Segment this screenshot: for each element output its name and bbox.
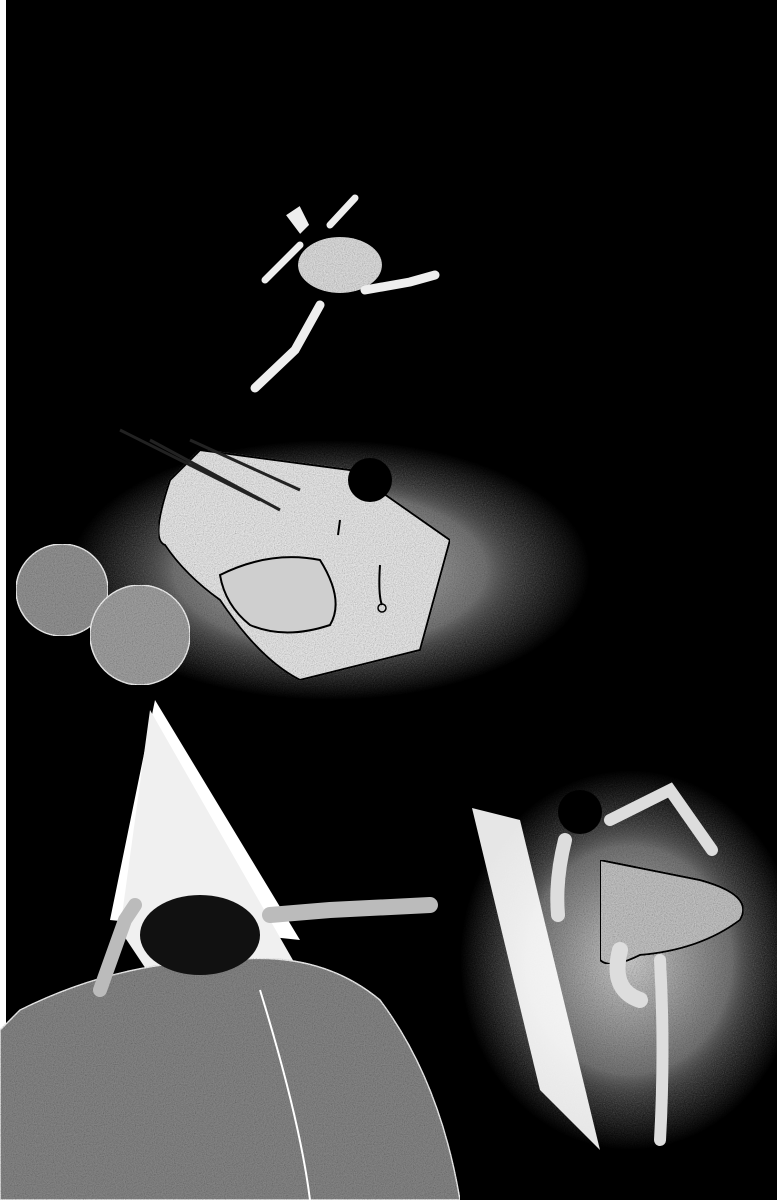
lower-right-panel — [460, 770, 777, 1150]
lower-left-panel — [0, 700, 460, 1200]
illustration — [0, 0, 777, 1200]
manga-page — [0, 0, 777, 1200]
leaping-figure — [255, 198, 435, 388]
